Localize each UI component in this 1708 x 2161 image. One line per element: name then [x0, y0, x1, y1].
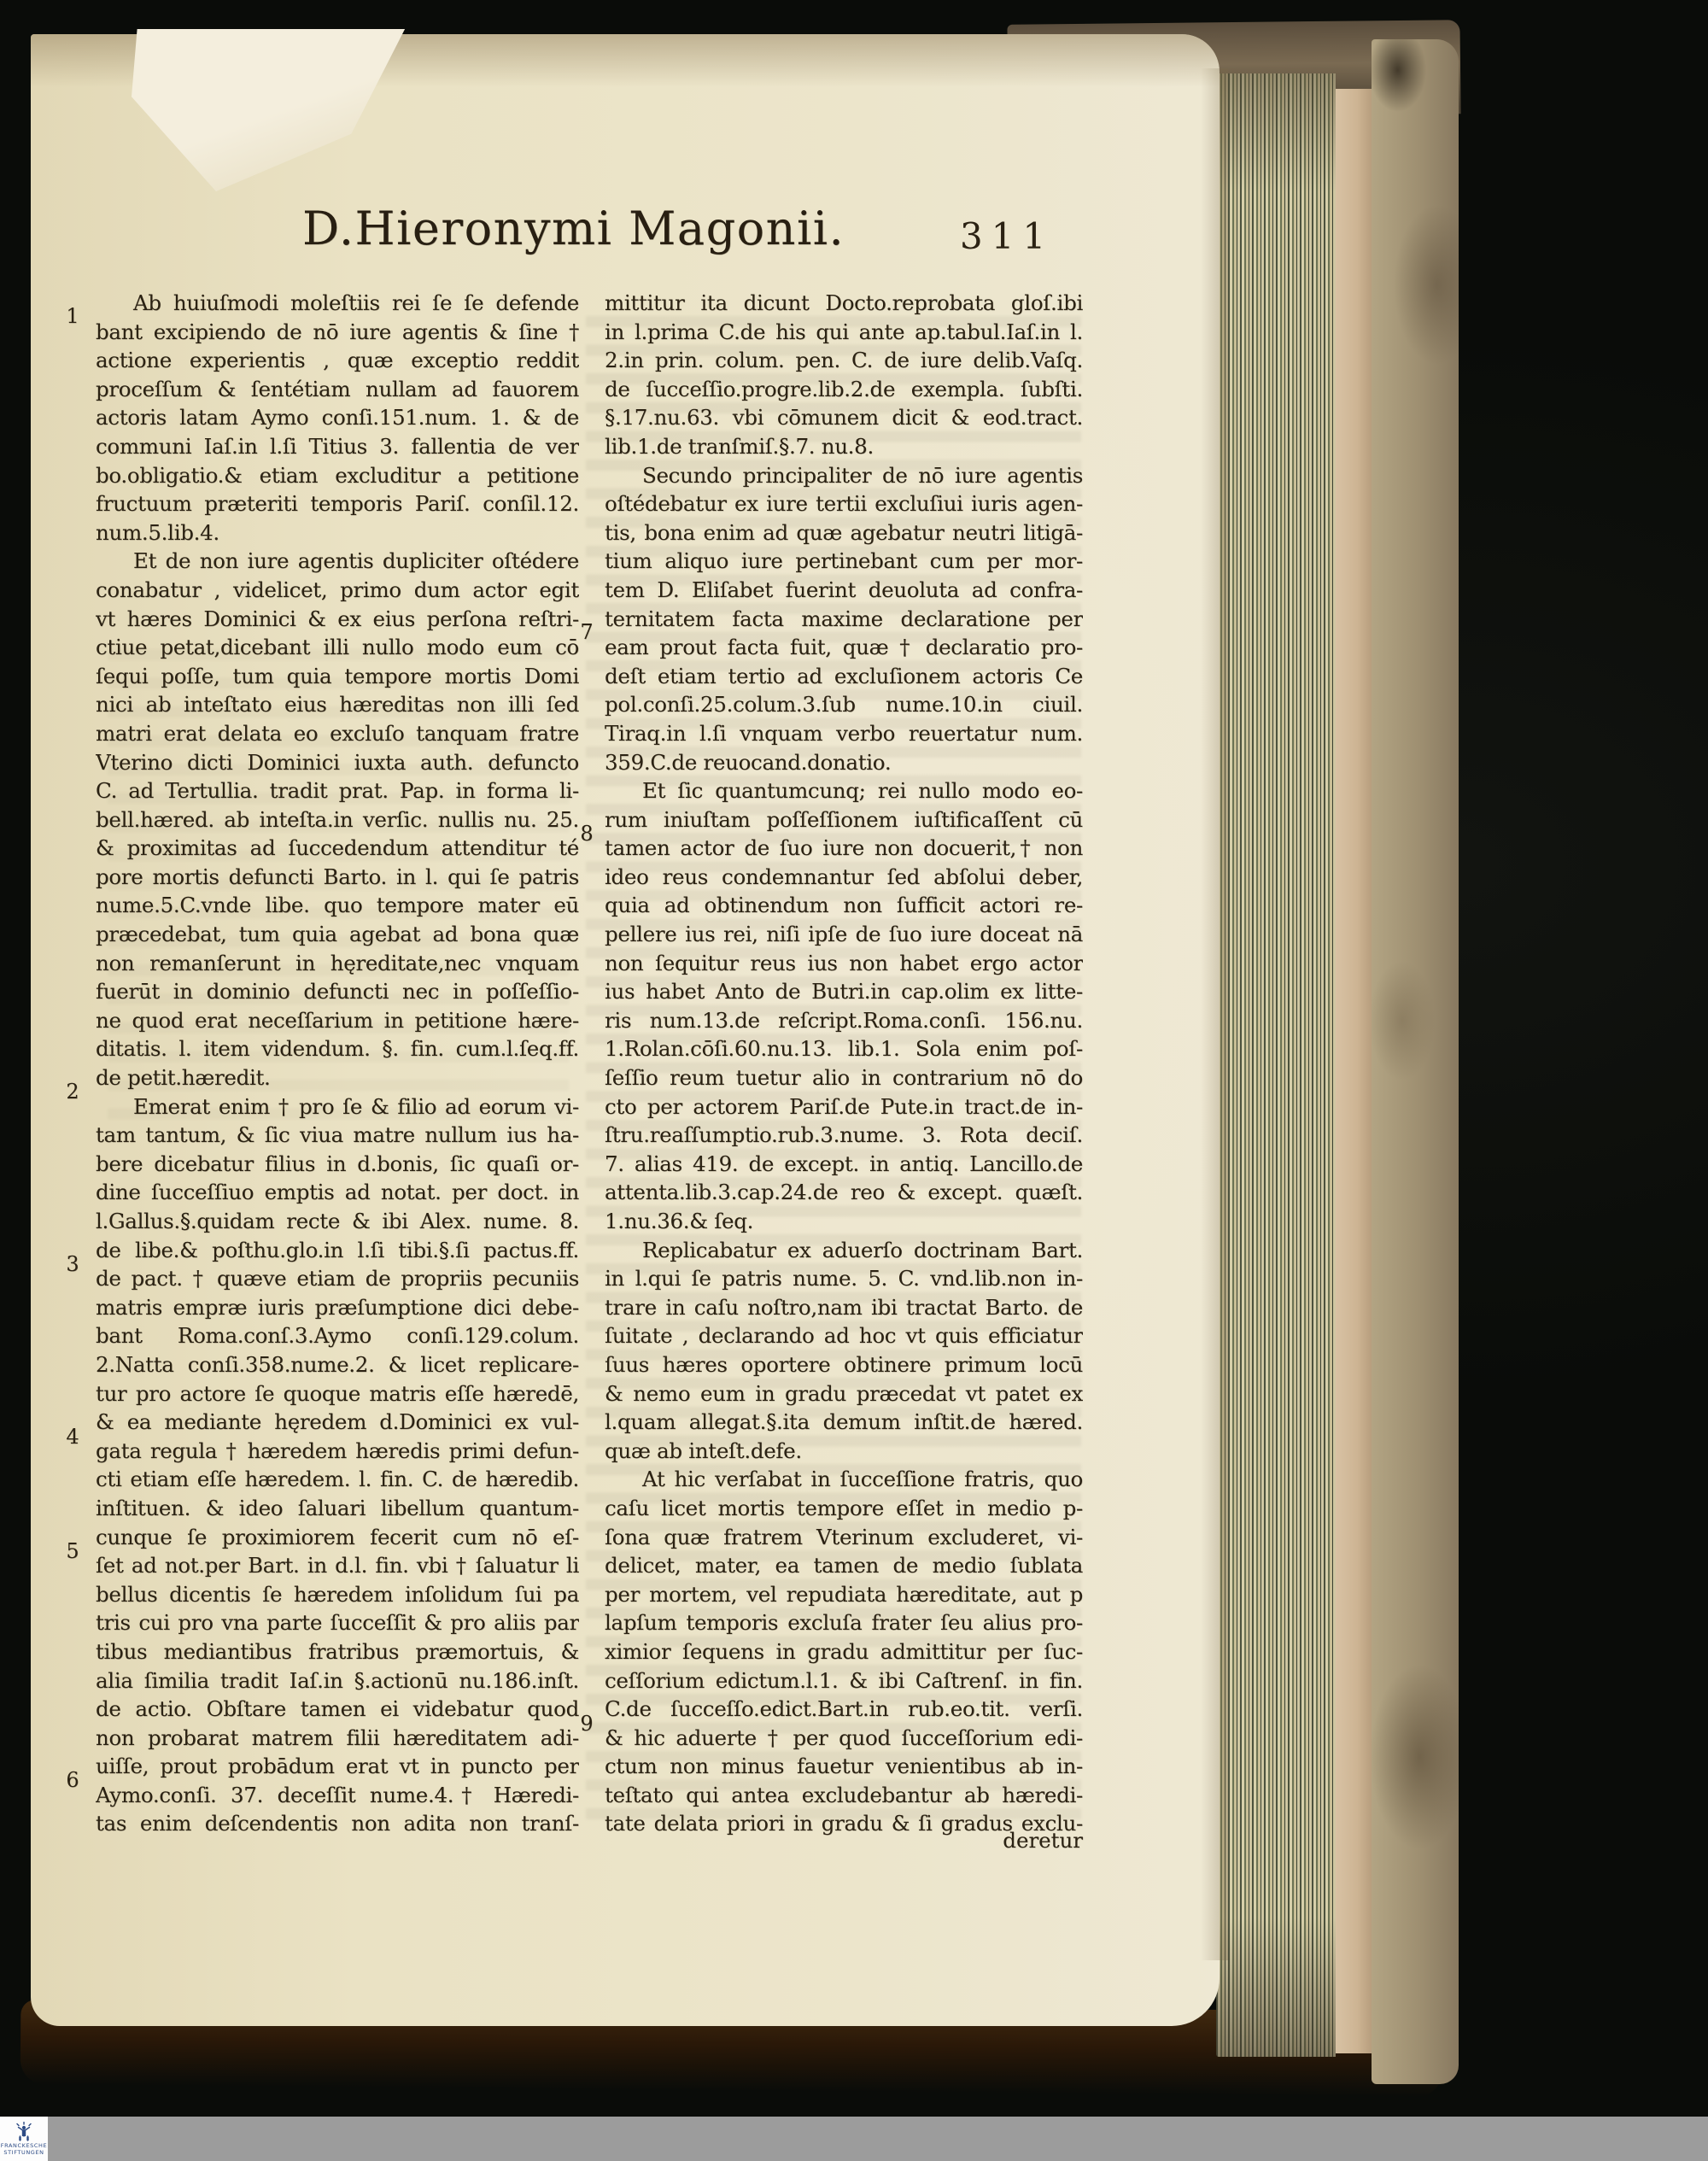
page-stack-endpaper: [1336, 89, 1372, 2053]
text-line: ne quod erat neceſſarium in petitione hæ…: [96, 1006, 579, 1035]
page-gutter-shade: [1201, 68, 1228, 1960]
text-line: Vterino dicti Dominici iuxta auth. defun…: [96, 748, 579, 777]
text-line: ctum non minus fauetur venientibus ab in…: [605, 1752, 1083, 1781]
text-line: fuerūt in dominio defuncti nec in poſſeſ…: [96, 977, 579, 1006]
text-line: pol.conſi.25.colum.3.ſub nume.10.in ciui…: [605, 690, 1083, 719]
text-line: cti etiam eſſe hæredem. l. fin. C. de hæ…: [96, 1465, 579, 1494]
paragraph: Ab huiuſmodi moleſtiis rei ſe ſe defende…: [96, 289, 579, 547]
text-line: conabatur , videlicet, primo dum actor e…: [96, 576, 579, 605]
text-line: per mortem, vel repudiata hæreditate, au…: [605, 1580, 1083, 1609]
text-line: ſet ad not.per Bart. in d.l. fin. vbi † …: [96, 1551, 579, 1580]
text-line: ſeſſio reum tuetur alio in contrarium nō…: [605, 1063, 1083, 1092]
paragraph: Et ſic quantumcunq; rei nullo modo eo-ru…: [605, 776, 1083, 1236]
text-line: oſtédebatur ex iure tertii excluſiui iur…: [605, 489, 1083, 518]
text-line: in l.qui ſe patris nume. 5. C. vnd.lib.n…: [605, 1264, 1083, 1293]
text-line: ſequi poſſe, tum quia tempore mortis Dom…: [96, 662, 579, 691]
paragraph: Et de non iure agentis dupliciter oſtéde…: [96, 547, 579, 1092]
text-line: matris empræ iuris præſumptione dici deb…: [96, 1293, 579, 1322]
text-line: Replicabatur ex aduerſo doctrinam Bart.: [605, 1236, 1083, 1265]
text-line: C.de ſucceſſo.edict.Bart.in rub.eo.tit. …: [605, 1695, 1083, 1724]
watermark-org-name-line1: FRANCKESCHE: [1, 2143, 47, 2149]
paragraph: At hic verſabat in ſucceſſione fratris, …: [605, 1465, 1083, 1838]
text-line: & nemo eum in gradu præcedat vt patet ex: [605, 1379, 1083, 1408]
margin-number: 8: [574, 822, 600, 846]
text-line: non ſequitur reus ius non habet ergo act…: [605, 949, 1083, 978]
text-line: lapſum temporis excluſa frater ſeu alius…: [605, 1608, 1083, 1637]
catchword: deretur: [605, 1828, 1083, 1853]
text-line: 1.nu.36.& ſeq.: [605, 1207, 1083, 1236]
text-line: pellere ius rei, niſi ipſe de ſuo iure d…: [605, 920, 1083, 949]
text-column-left: Ab huiuſmodi moleſtiis rei ſe ſe defende…: [96, 289, 579, 1838]
text-line: tis, bona enim ad quæ agebatur neutri li…: [605, 518, 1083, 548]
text-line: bell.hæred. ab inteſta.in verſic. nullis…: [96, 805, 579, 835]
text-line: non probarat matrem filii hæreditatem ad…: [96, 1724, 579, 1753]
text-line: cunque ſe proximiorem fecerit cum nō eſ-: [96, 1523, 579, 1552]
text-line: de petit.hæredit.: [96, 1063, 579, 1092]
text-line: ſuitate , declarando ad hoc vt quis effi…: [605, 1321, 1083, 1350]
text-line: cto per actorem Pariſ.de Pute.in tract.d…: [605, 1092, 1083, 1121]
text-line: & hic aduerte † per quod ſucceſſorium ed…: [605, 1724, 1083, 1753]
text-line: in l.prima C.de his qui ante ap.tabul.Ia…: [605, 318, 1083, 347]
text-line: uiſſe, prout probādum erat vt in puncto …: [96, 1752, 579, 1781]
text-line: nume.5.C.vnde libe. quo tempore mater eū: [96, 891, 579, 920]
text-line: Et de non iure agentis dupliciter oſtéde…: [96, 547, 579, 576]
text-line: de pact. † quæve etiam de propriis pecun…: [96, 1264, 579, 1293]
text-line: nici ab inteſtato eius hæreditas non ill…: [96, 690, 579, 719]
text-line: 7. alias 419. de except. in antiq. Lanci…: [605, 1150, 1083, 1179]
text-line: matri erat delata eo excluſo tanquam fra…: [96, 719, 579, 748]
text-line: fructuum præteriti temporis Pariſ. conſi…: [96, 489, 579, 518]
text-line: tamen actor de ſuo iure non docuerit,† n…: [605, 834, 1083, 863]
page-header-title: D.Hieronymi Magonii.: [302, 202, 845, 255]
text-line: de ſucceſſio.progre.lib.2.de exempla. ſu…: [605, 375, 1083, 404]
text-line: l.quam allegat.§.ita demum inſtit.de hær…: [605, 1408, 1083, 1437]
text-line: tur pro actore ſe quoque matris eſſe hær…: [96, 1379, 579, 1408]
text-line: non remanſerunt in hęreditate,nec vnquam: [96, 949, 579, 978]
book-cover-edge: [1372, 39, 1459, 2084]
text-line: ſuus hæres oportere obtinere primum locū: [605, 1350, 1083, 1379]
text-line: teſtato qui antea excludebantur ab hæred…: [605, 1781, 1083, 1810]
text-line: tris cui pro vna parte ſucceſſit & pro a…: [96, 1608, 579, 1637]
franckesche-stiftungen-watermark: FRANCKESCHE STIFTUNGEN: [0, 2117, 48, 2161]
text-line: & proximitas ad ſuccedendum attenditur t…: [96, 834, 579, 863]
page-corner-fold: [132, 29, 413, 198]
text-line: dine ſucceſſiuo emptis ad notat. per doc…: [96, 1178, 579, 1207]
text-line: l.Gallus.§.quidam recte & ibi Alex. nume…: [96, 1207, 579, 1236]
text-line: pore mortis defuncti Barto. in l. qui ſe…: [96, 863, 579, 892]
text-line: gata regula † hæredem hæredis primi defu…: [96, 1437, 579, 1466]
text-line: §.17.nu.63. vbi cōmunem dicit & eod.trac…: [605, 403, 1083, 432]
margin-number: 4: [60, 1425, 85, 1449]
text-line: vt hæres Dominici & ex eius perſona reſt…: [96, 605, 579, 634]
text-line: ideo reus condemnantur ſed abſolui deber…: [605, 863, 1083, 892]
page-number: 311: [960, 215, 1054, 257]
text-line: ius habet Anto de Butri.in cap.olim ex l…: [605, 977, 1083, 1006]
text-line: lib.1.de tranſmiſ.§.7. nu.8.: [605, 432, 1083, 461]
text-line: bant excipiendo de nō iure agentis & ſin…: [96, 318, 579, 347]
book-photo-scene: D.Hieronymi Magonii. 311 Ab huiuſmodi mo…: [0, 0, 1708, 2161]
text-line: de actio. Obſtare tamen ei videbatur quo…: [96, 1695, 579, 1724]
text-line: actoris latam Aymo conſi.151.num. 1. & d…: [96, 403, 579, 432]
text-line: bant Roma.conſ.3.Aymo conſi.129.colum.: [96, 1321, 579, 1350]
text-line: bo.obligatio.& etiam excluditur a petiti…: [96, 461, 579, 490]
text-line: tibus mediantibus fratribus præmortuis, …: [96, 1637, 579, 1666]
text-line: actione experientis , quæ exceptio reddi…: [96, 346, 579, 375]
text-line: tam tantum, & ſic viua matre nullum ius …: [96, 1121, 579, 1150]
text-line: quia ad obtinendum non ſufficit actori r…: [605, 891, 1083, 920]
text-line: quæ ab inteſt.defe.: [605, 1437, 1083, 1466]
text-line: & ea mediante hęredem d.Dominici ex vul-: [96, 1408, 579, 1437]
text-line: communi Iaſ.in l.ſi Titius 3. fallentia …: [96, 432, 579, 461]
text-line: de libe.& poſthu.glo.in l.ſi tibi.§.ſi p…: [96, 1236, 579, 1265]
paragraph: Emerat enim † pro ſe & filio ad eorum vi…: [96, 1092, 579, 1838]
text-line: 2.Natta conſi.358.nume.2. & licet replic…: [96, 1350, 579, 1379]
text-line: ſona quæ fratrem Vterinum excluderet, vi…: [605, 1523, 1083, 1552]
margin-number: 7: [574, 620, 600, 644]
scan-bottom-bar: [48, 2117, 1708, 2161]
text-line: inſtituen. & ideo ſaluari libellum quant…: [96, 1494, 579, 1523]
text-line: tium aliquo iure pertinebant cum per mor…: [605, 547, 1083, 576]
text-line: ximior ſequens in gradu admittitur per ſ…: [605, 1637, 1083, 1666]
text-line: ctiue petat,dicebant illi nullo modo eum…: [96, 633, 579, 662]
franckesche-logo-icon: [13, 2122, 35, 2142]
text-line: tas enim deſcendentis non adita non tran…: [96, 1809, 579, 1838]
text-line: 359.C.de reuocand.donatio.: [605, 748, 1083, 777]
text-line: Ab huiuſmodi moleſtiis rei ſe ſe defende: [96, 289, 579, 318]
paragraph: mittitur ita dicunt Docto.reprobata gloſ…: [605, 289, 1083, 461]
text-line: attenta.lib.3.cap.24.de reo & except. qu…: [605, 1178, 1083, 1207]
page-stack-fore-edge: [1216, 73, 1336, 2057]
text-line: ris num.13.de reſcript.Roma.conſi. 156.n…: [605, 1006, 1083, 1035]
text-line: ternitatem facta maxime declaratione per: [605, 605, 1083, 634]
text-line: proceſſum & ſentétiam nullam ad fauorem: [96, 375, 579, 404]
text-line: bellus dicentis ſe hæredem inſolidum ſui…: [96, 1580, 579, 1609]
text-line: caſu licet mortis tempore eſſet in medio…: [605, 1494, 1083, 1523]
paragraph: Secundo principaliter de nō iure agentis…: [605, 461, 1083, 777]
text-line: tem D. Eliſabet fuerint deuoluta ad conf…: [605, 576, 1083, 605]
text-line: ditatis. l. item videndum. §. fin. cum.l…: [96, 1034, 579, 1063]
text-line: bere dicebatur filius in d.bonis, ſic qu…: [96, 1150, 579, 1179]
text-line: Emerat enim † pro ſe & filio ad eorum vi…: [96, 1092, 579, 1121]
margin-number: 3: [60, 1252, 85, 1276]
text-line: mittitur ita dicunt Docto.reprobata gloſ…: [605, 289, 1083, 318]
text-line: Aymo.conſi. 37. deceſſit nume.4.† Hæredi…: [96, 1781, 579, 1810]
text-line: 2.in prin. colum. pen. C. de iure delib.…: [605, 346, 1083, 375]
text-line: ſtru.reaſſumptio.rub.3.nume. 3. Rota dec…: [605, 1121, 1083, 1150]
text-line: rum iniuſtam poſſeſſionem iuſtificaſſent…: [605, 805, 1083, 835]
margin-number: 1: [60, 304, 85, 328]
text-line: num.5.lib.4.: [96, 518, 579, 548]
text-line: Tiraq.in l.ſi vnquam verbo reuertatur nu…: [605, 719, 1083, 748]
margin-number: 5: [60, 1539, 85, 1563]
margin-number: 2: [60, 1080, 85, 1104]
text-column-right: mittitur ita dicunt Docto.reprobata gloſ…: [605, 289, 1083, 1838]
text-line: trare in caſu noſtro,nam ibi tractat Bar…: [605, 1293, 1083, 1322]
text-line: Secundo principaliter de nō iure agentis: [605, 461, 1083, 490]
text-line: deſt etiam tertio ad excluſionem actoris…: [605, 662, 1083, 691]
margin-number: 6: [60, 1768, 85, 1792]
watermark-org-name-line2: STIFTUNGEN: [3, 2150, 44, 2156]
text-line: alia ſimilia tradit Iaſ.in §.actionū nu.…: [96, 1666, 579, 1695]
margin-number: 9: [574, 1712, 600, 1736]
text-line: 1.Rolan.cōſi.60.nu.13. lib.1. Sola enim …: [605, 1034, 1083, 1063]
text-line: præcedebat, tum quia agebat ad bona quæ: [96, 920, 579, 949]
paragraph: Replicabatur ex aduerſo doctrinam Bart.i…: [605, 1236, 1083, 1466]
text-line: eam prout facta fuit, quæ † declaratio p…: [605, 633, 1083, 662]
text-line: ceſſorium edictum.l.1. & ibi Caſtrenſ. i…: [605, 1666, 1083, 1695]
book-page: D.Hieronymi Magonii. 311 Ab huiuſmodi mo…: [31, 34, 1220, 2026]
text-line: C. ad Tertullia. tradit prat. Pap. in fo…: [96, 776, 579, 805]
text-line: Et ſic quantumcunq; rei nullo modo eo-: [605, 776, 1083, 805]
text-line: delicet, mater, ea tamen de medio ſublat…: [605, 1551, 1083, 1580]
text-line: At hic verſabat in ſucceſſione fratris, …: [605, 1465, 1083, 1494]
